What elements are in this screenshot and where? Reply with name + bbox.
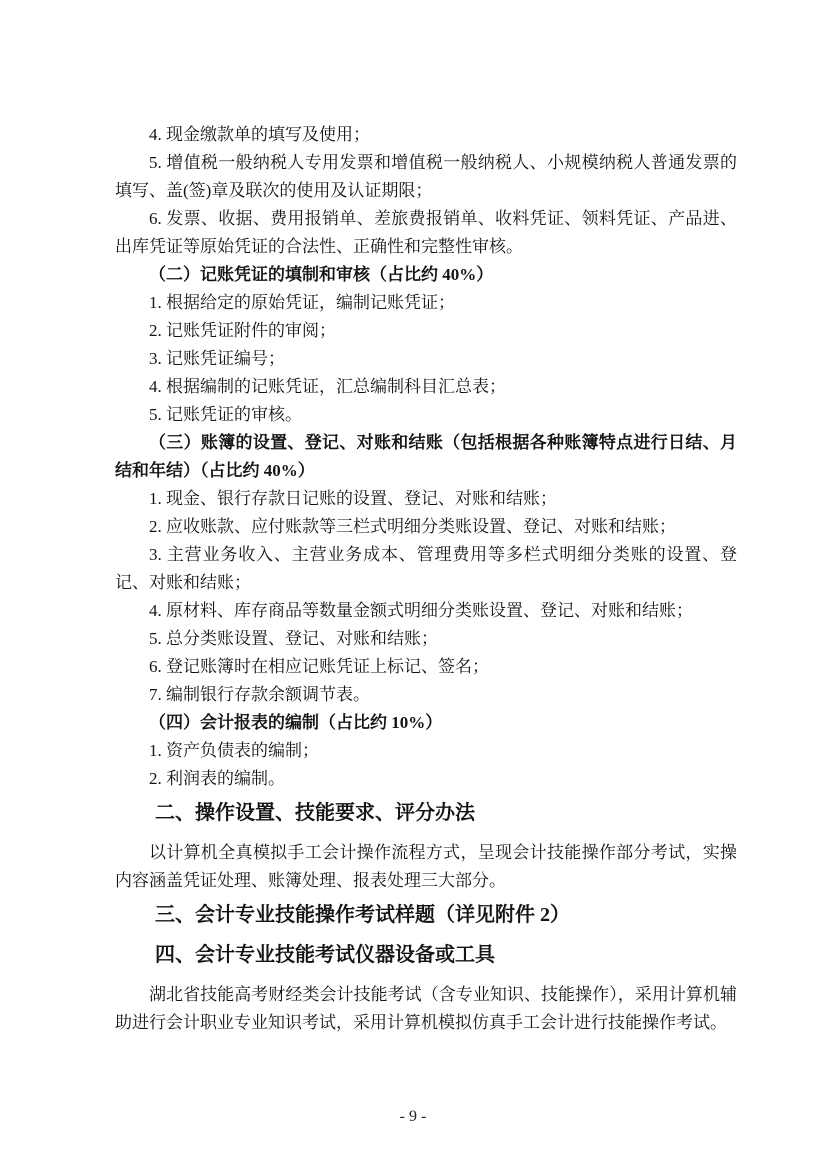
list-item: 5. 增值税一般纳税人专用发票和增值税一般纳税人、小规模纳税人普通发票的填写、盖… [115, 149, 737, 205]
list-item: 2. 记账凭证附件的审阅； [115, 317, 737, 345]
list-item: 2. 利润表的编制。 [115, 765, 737, 793]
list-item: 6. 发票、收据、费用报销单、差旅费报销单、收料凭证、领料凭证、产品进、出库凭证… [115, 205, 737, 261]
section-heading: 三、会计专业技能操作考试样题（详见附件 2） [115, 895, 737, 935]
document-page: 4. 现金缴款单的填写及使用； 5. 增值税一般纳税人专用发票和增值税一般纳税人… [0, 0, 826, 1169]
list-item: 4. 现金缴款单的填写及使用； [115, 121, 737, 149]
list-item: 5. 记账凭证的审核。 [115, 401, 737, 429]
list-item: 1. 资产负债表的编制； [115, 737, 737, 765]
list-item: 7. 编制银行存款余额调节表。 [115, 681, 737, 709]
list-item: 4. 根据编制的记账凭证，汇总编制科目汇总表； [115, 373, 737, 401]
document-content: 4. 现金缴款单的填写及使用； 5. 增值税一般纳税人专用发票和增值税一般纳税人… [115, 121, 737, 1037]
list-item: 3. 记账凭证编号； [115, 345, 737, 373]
page-number: - 9 - [0, 1108, 826, 1126]
list-item: 3. 主营业务收入、主营业务成本、管理费用等多栏式明细分类账的设置、登记、对账和… [115, 541, 737, 597]
paragraph: 以计算机全真模拟手工会计操作流程方式，呈现会计技能操作部分考试，实操内容涵盖凭证… [115, 839, 737, 895]
list-item: 1. 现金、银行存款日记账的设置、登记、对账和结账； [115, 485, 737, 513]
list-item: 6. 登记账簿时在相应记账凭证上标记、签名； [115, 653, 737, 681]
section-heading: 二、操作设置、技能要求、评分办法 [115, 793, 737, 833]
subsection-heading: （三）账簿的设置、登记、对账和结账（包括根据各种账簿特点进行日结、月结和年结）（… [115, 429, 737, 485]
section-heading: 四、会计专业技能考试仪器设备或工具 [115, 935, 737, 975]
list-item: 1. 根据给定的原始凭证，编制记账凭证； [115, 289, 737, 317]
list-item: 5. 总分类账设置、登记、对账和结账； [115, 625, 737, 653]
list-item: 4. 原材料、库存商品等数量金额式明细分类账设置、登记、对账和结账； [115, 597, 737, 625]
subsection-heading: （二）记账凭证的填制和审核（占比约 40%） [115, 261, 737, 289]
subsection-heading: （四）会计报表的编制（占比约 10%） [115, 709, 737, 737]
list-item: 2. 应收账款、应付账款等三栏式明细分类账设置、登记、对账和结账； [115, 513, 737, 541]
paragraph: 湖北省技能高考财经类会计技能考试（含专业知识、技能操作），采用计算机辅助进行会计… [115, 981, 737, 1037]
